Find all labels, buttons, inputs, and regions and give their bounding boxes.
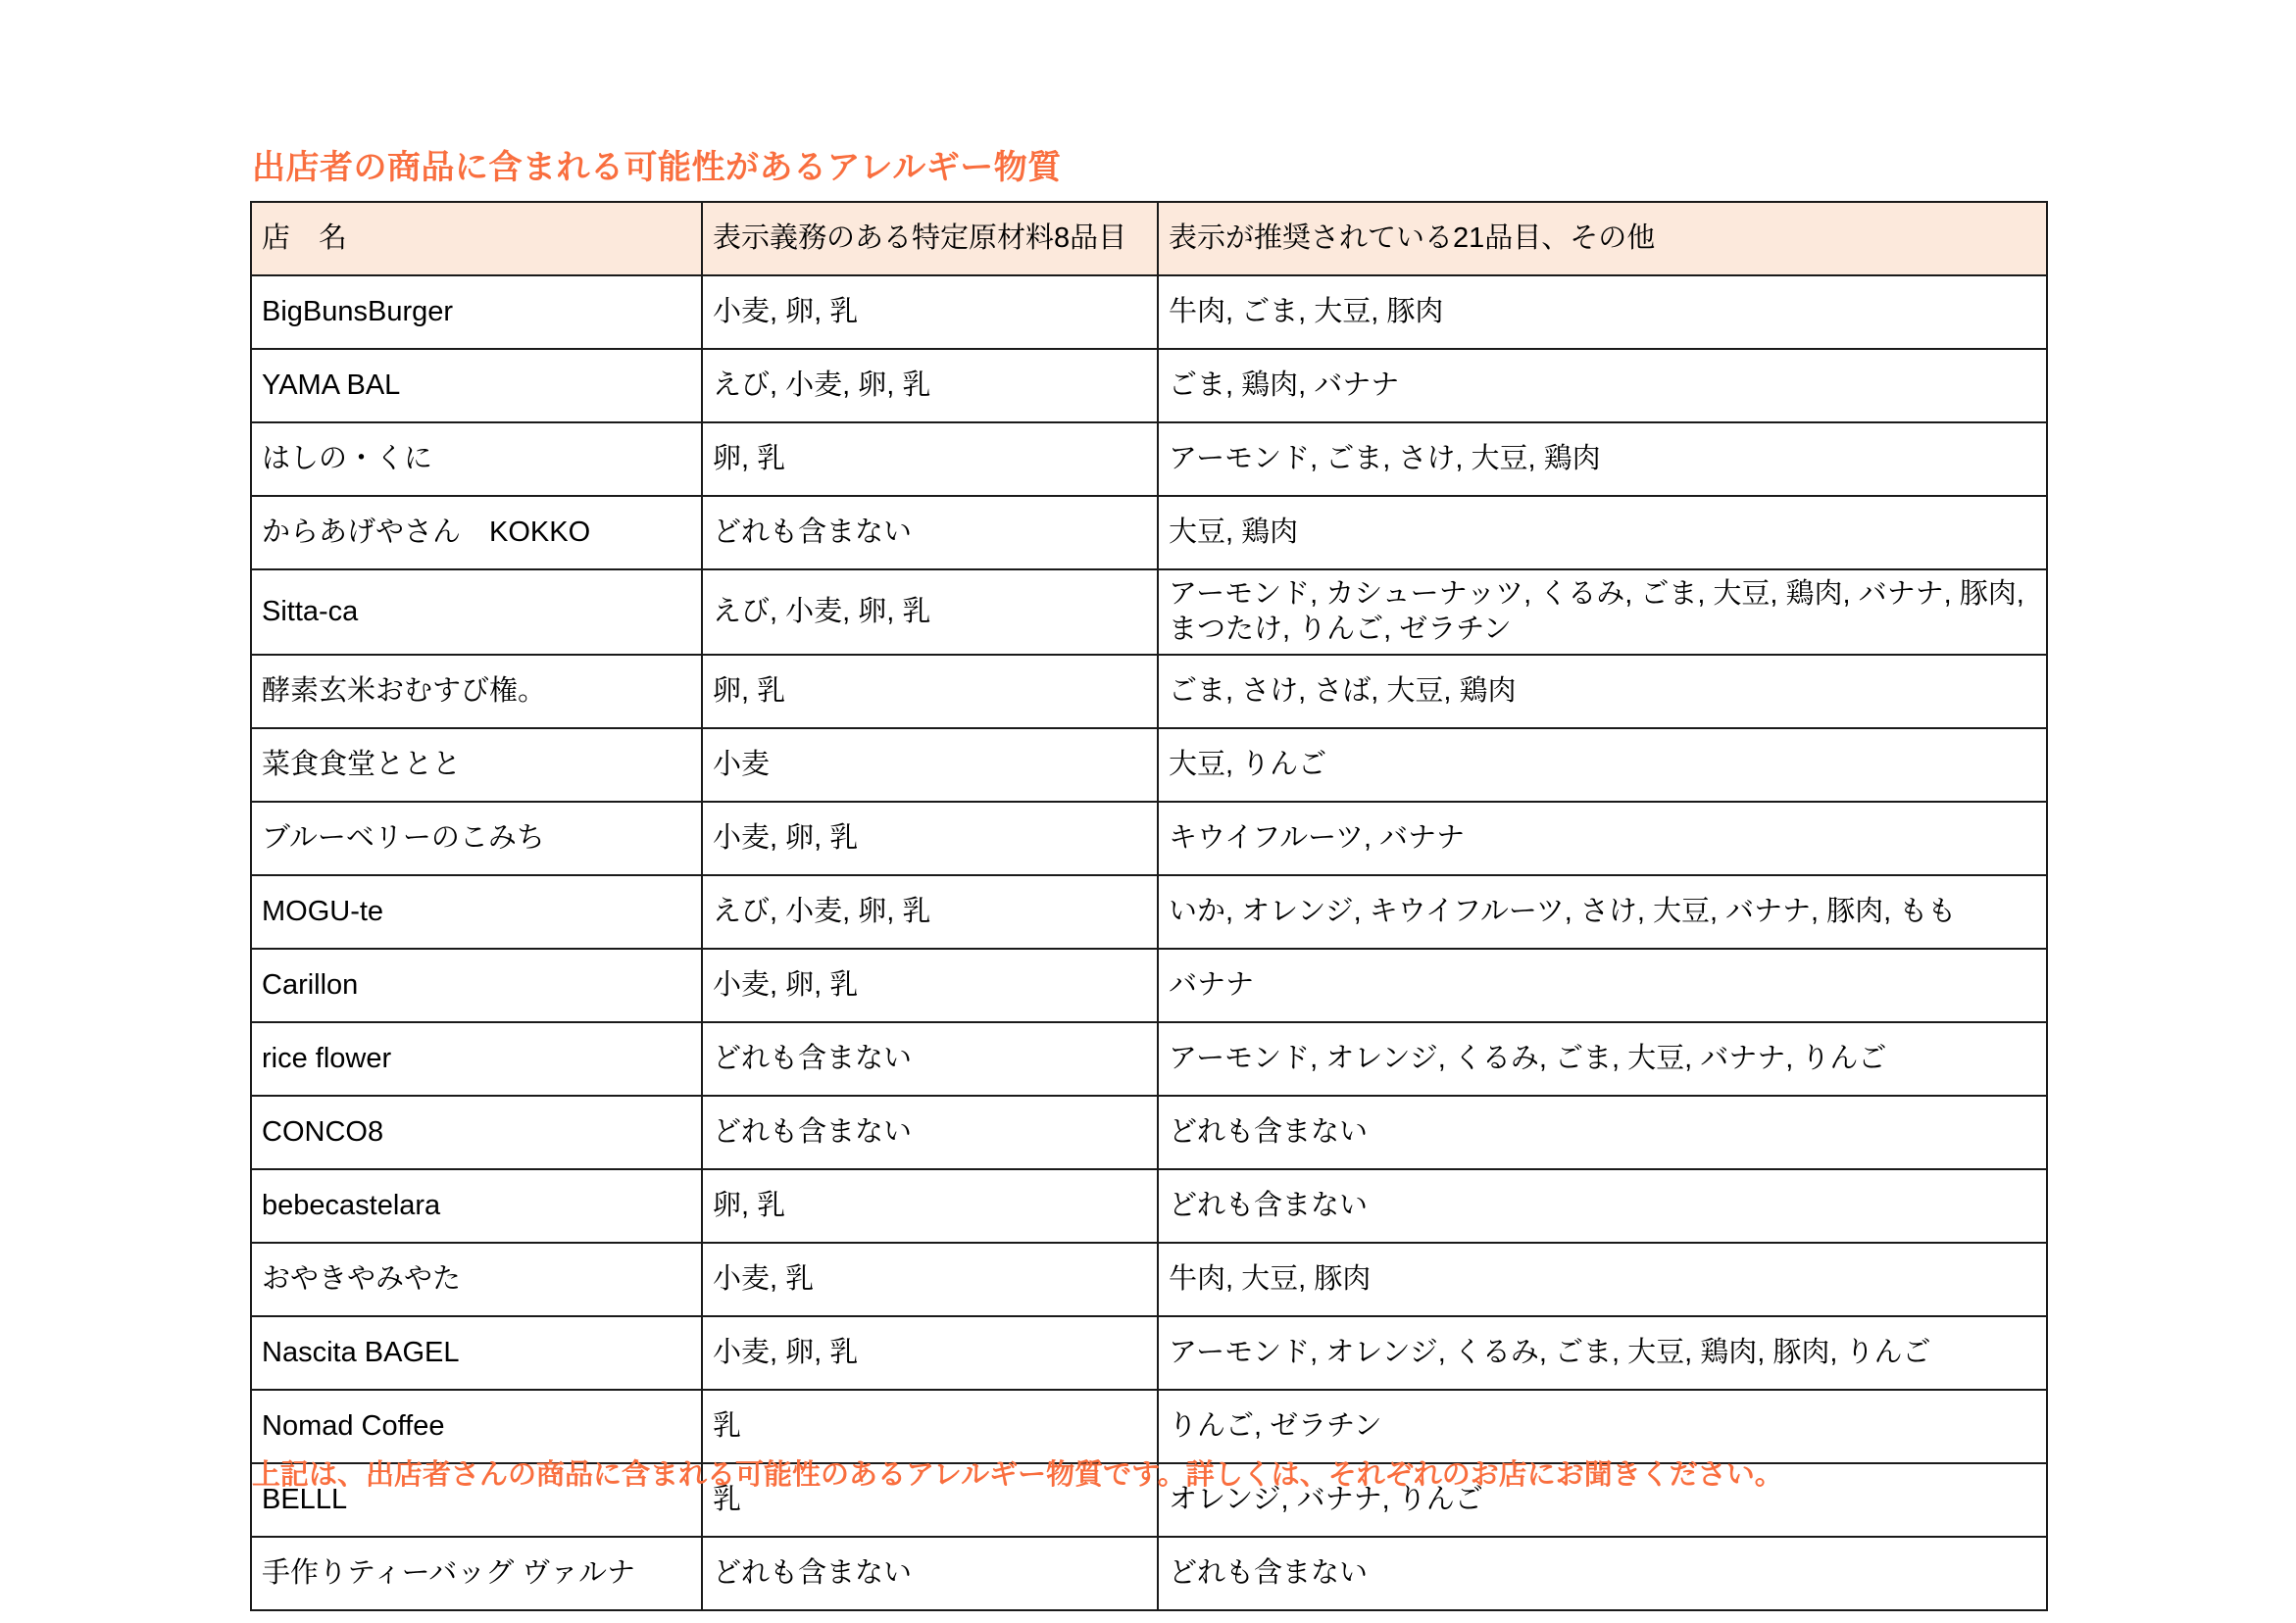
- mandatory-allergens-cell: 卵, 乳: [702, 422, 1158, 496]
- table-row: BigBunsBurger 小麦, 卵, 乳 牛肉, ごま, 大豆, 豚肉: [251, 275, 2047, 349]
- table-row: 酵素玄米おむすび権。 卵, 乳 ごま, さけ, さば, 大豆, 鶏肉: [251, 655, 2047, 728]
- table-row: 手作りティーバッグ ヴァルナ どれも含まない どれも含まない: [251, 1537, 2047, 1610]
- mandatory-allergens-cell: 小麦: [702, 728, 1158, 802]
- mandatory-allergens-cell: どれも含まない: [702, 1096, 1158, 1169]
- table-row: Sitta-ca えび, 小麦, 卵, 乳 アーモンド, カシューナッツ, くる…: [251, 569, 2047, 655]
- store-name-cell: rice flower: [251, 1022, 702, 1096]
- recommended-allergens-cell: アーモンド, カシューナッツ, くるみ, ごま, 大豆, 鶏肉, バナナ, 豚肉…: [1158, 569, 2047, 655]
- store-name-cell: 手作りティーバッグ ヴァルナ: [251, 1537, 702, 1610]
- table-row: MOGU-te えび, 小麦, 卵, 乳 いか, オレンジ, キウイフルーツ, …: [251, 875, 2047, 949]
- store-name-cell: おやきやみやた: [251, 1243, 702, 1316]
- store-name-cell: CONCO8: [251, 1096, 702, 1169]
- recommended-allergens-cell: ごま, さけ, さば, 大豆, 鶏肉: [1158, 655, 2047, 728]
- table-row: YAMA BAL えび, 小麦, 卵, 乳 ごま, 鶏肉, バナナ: [251, 349, 2047, 422]
- column-header-recommended-21-items: 表示が推奨されている21品目、その他: [1158, 202, 2047, 275]
- recommended-allergens-cell: キウイフルーツ, バナナ: [1158, 802, 2047, 875]
- recommended-allergens-cell: バナナ: [1158, 949, 2047, 1022]
- mandatory-allergens-cell: えび, 小麦, 卵, 乳: [702, 875, 1158, 949]
- store-name-cell: 酵素玄米おむすび権。: [251, 655, 702, 728]
- column-header-mandatory-8-items: 表示義務のある特定原材料8品目: [702, 202, 1158, 275]
- table-row: bebecastelara 卵, 乳 どれも含まない: [251, 1169, 2047, 1243]
- mandatory-allergens-cell: 小麦, 卵, 乳: [702, 275, 1158, 349]
- mandatory-allergens-cell: 卵, 乳: [702, 655, 1158, 728]
- recommended-allergens-cell: アーモンド, オレンジ, くるみ, ごま, 大豆, バナナ, りんご: [1158, 1022, 2047, 1096]
- table-row: おやきやみやた 小麦, 乳 牛肉, 大豆, 豚肉: [251, 1243, 2047, 1316]
- column-header-store-name: 店 名: [251, 202, 702, 275]
- recommended-allergens-cell: どれも含まない: [1158, 1537, 2047, 1610]
- store-name-cell: MOGU-te: [251, 875, 702, 949]
- mandatory-allergens-cell: えび, 小麦, 卵, 乳: [702, 349, 1158, 422]
- table-body: BigBunsBurger 小麦, 卵, 乳 牛肉, ごま, 大豆, 豚肉 YA…: [251, 275, 2047, 1610]
- mandatory-allergens-cell: 小麦, 卵, 乳: [702, 949, 1158, 1022]
- mandatory-allergens-cell: どれも含まない: [702, 496, 1158, 569]
- allergen-table: 店 名 表示義務のある特定原材料8品目 表示が推奨されている21品目、その他 B…: [250, 201, 2048, 1611]
- recommended-allergens-cell: どれも含まない: [1158, 1096, 2047, 1169]
- recommended-allergens-cell: いか, オレンジ, キウイフルーツ, さけ, 大豆, バナナ, 豚肉, もも: [1158, 875, 2047, 949]
- table-row: Carillon 小麦, 卵, 乳 バナナ: [251, 949, 2047, 1022]
- recommended-allergens-cell: アーモンド, ごま, さけ, 大豆, 鶏肉: [1158, 422, 2047, 496]
- recommended-allergens-cell: アーモンド, オレンジ, くるみ, ごま, 大豆, 鶏肉, 豚肉, りんご: [1158, 1316, 2047, 1390]
- store-name-cell: 菜食食堂ととと: [251, 728, 702, 802]
- mandatory-allergens-cell: どれも含まない: [702, 1022, 1158, 1096]
- table-row: rice flower どれも含まない アーモンド, オレンジ, くるみ, ごま…: [251, 1022, 2047, 1096]
- document-page: 出店者の商品に含まれる可能性があるアレルギー物質 店 名 表示義務のある特定原材…: [0, 0, 2296, 1623]
- table-row: はしの・くに 卵, 乳 アーモンド, ごま, さけ, 大豆, 鶏肉: [251, 422, 2047, 496]
- recommended-allergens-cell: 大豆, 鶏肉: [1158, 496, 2047, 569]
- store-name-cell: Sitta-ca: [251, 569, 702, 655]
- table-row: Nascita BAGEL 小麦, 卵, 乳 アーモンド, オレンジ, くるみ,…: [251, 1316, 2047, 1390]
- store-name-cell: YAMA BAL: [251, 349, 702, 422]
- recommended-allergens-cell: ごま, 鶏肉, バナナ: [1158, 349, 2047, 422]
- mandatory-allergens-cell: 小麦, 卵, 乳: [702, 1316, 1158, 1390]
- mandatory-allergens-cell: 卵, 乳: [702, 1169, 1158, 1243]
- table-header-row: 店 名 表示義務のある特定原材料8品目 表示が推奨されている21品目、その他: [251, 202, 2047, 275]
- footer-note: 上記は、出店者さんの商品に含まれる可能性のあるアレルギー物質です。詳しくは、それ…: [252, 1452, 1783, 1493]
- recommended-allergens-cell: どれも含まない: [1158, 1169, 2047, 1243]
- store-name-cell: からあげやさん KOKKO: [251, 496, 702, 569]
- recommended-allergens-cell: 牛肉, ごま, 大豆, 豚肉: [1158, 275, 2047, 349]
- table-row: からあげやさん KOKKO どれも含まない 大豆, 鶏肉: [251, 496, 2047, 569]
- mandatory-allergens-cell: 小麦, 卵, 乳: [702, 802, 1158, 875]
- recommended-allergens-cell: 大豆, りんご: [1158, 728, 2047, 802]
- store-name-cell: Nascita BAGEL: [251, 1316, 702, 1390]
- mandatory-allergens-cell: えび, 小麦, 卵, 乳: [702, 569, 1158, 655]
- table-row: ブルーベリーのこみち 小麦, 卵, 乳 キウイフルーツ, バナナ: [251, 802, 2047, 875]
- table-row: 菜食食堂ととと 小麦 大豆, りんご: [251, 728, 2047, 802]
- recommended-allergens-cell: 牛肉, 大豆, 豚肉: [1158, 1243, 2047, 1316]
- store-name-cell: はしの・くに: [251, 422, 702, 496]
- page-title: 出店者の商品に含まれる可能性があるアレルギー物質: [252, 140, 1062, 188]
- store-name-cell: BigBunsBurger: [251, 275, 702, 349]
- mandatory-allergens-cell: どれも含まない: [702, 1537, 1158, 1610]
- table-row: CONCO8 どれも含まない どれも含まない: [251, 1096, 2047, 1169]
- store-name-cell: Carillon: [251, 949, 702, 1022]
- mandatory-allergens-cell: 小麦, 乳: [702, 1243, 1158, 1316]
- store-name-cell: bebecastelara: [251, 1169, 702, 1243]
- store-name-cell: ブルーベリーのこみち: [251, 802, 702, 875]
